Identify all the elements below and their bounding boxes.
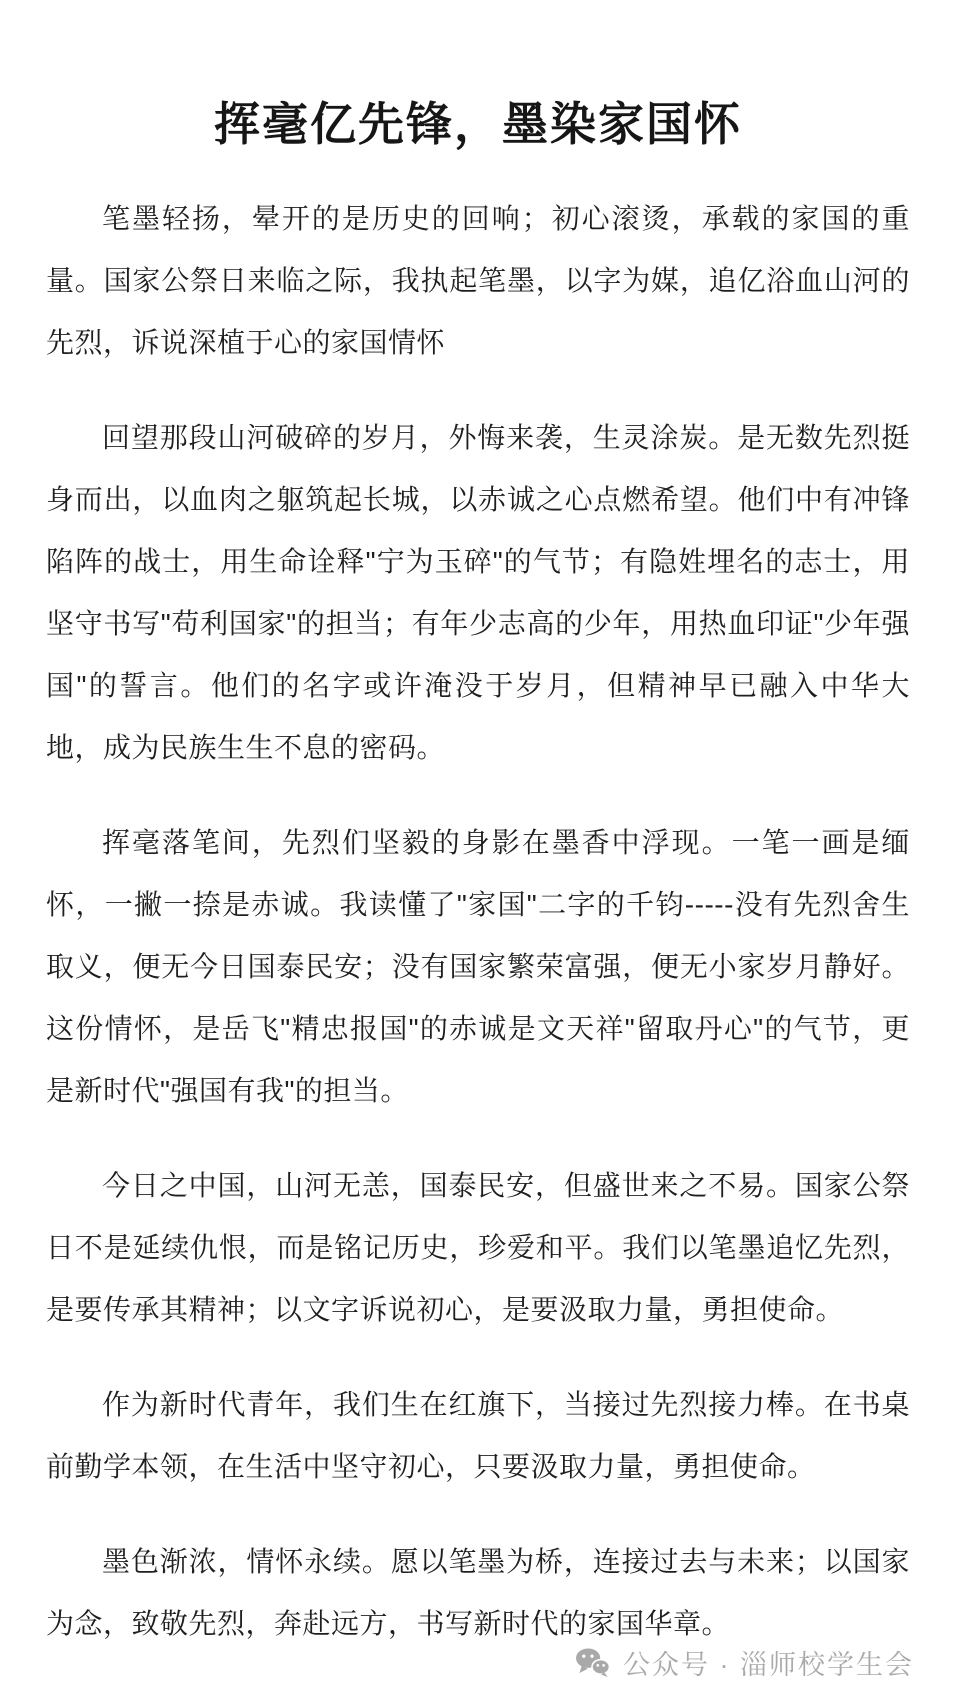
watermark-text: 公众号 · 淄师校学生会 bbox=[623, 1643, 914, 1682]
paragraph-2: 回望那段山河破碎的岁月，外悔来袭，生灵涂炭。是无数先烈挺身而出，以血肉之躯筑起长… bbox=[46, 407, 910, 779]
paragraph-5: 作为新时代青年，我们生在红旗下，当接过先烈接力棒。在书桌前勤学本领，在生活中坚守… bbox=[46, 1374, 910, 1498]
document-page: 挥毫亿先锋，墨染家国怀 笔墨轻扬，晕开的是历史的回响；初心滚烫，承载的家国的重量… bbox=[0, 0, 956, 1704]
essay-body: 笔墨轻扬，晕开的是历史的回响；初心滚烫，承载的家国的重量。国家公祭日来临之际，我… bbox=[46, 188, 910, 1655]
wechat-icon bbox=[574, 1647, 611, 1678]
paragraph-6: 墨色渐浓，情怀永续。愿以笔墨为桥，连接过去与未来；以国家为念，致敬先烈，奔赴远方… bbox=[46, 1531, 910, 1655]
essay-title: 挥毫亿先锋，墨染家国怀 bbox=[46, 88, 910, 154]
watermark: 公众号 · 淄师校学生会 bbox=[574, 1643, 914, 1682]
paragraph-4: 今日之中国，山河无恙，国泰民安，但盛世来之不易。国家公祭日不是延续仇恨，而是铭记… bbox=[46, 1155, 910, 1341]
paragraph-1: 笔墨轻扬，晕开的是历史的回响；初心滚烫，承载的家国的重量。国家公祭日来临之际，我… bbox=[46, 188, 910, 374]
paragraph-3: 挥毫落笔间，先烈们坚毅的身影在墨香中浮现。一笔一画是缅怀，一撇一捺是赤诚。我读懂… bbox=[46, 812, 910, 1122]
